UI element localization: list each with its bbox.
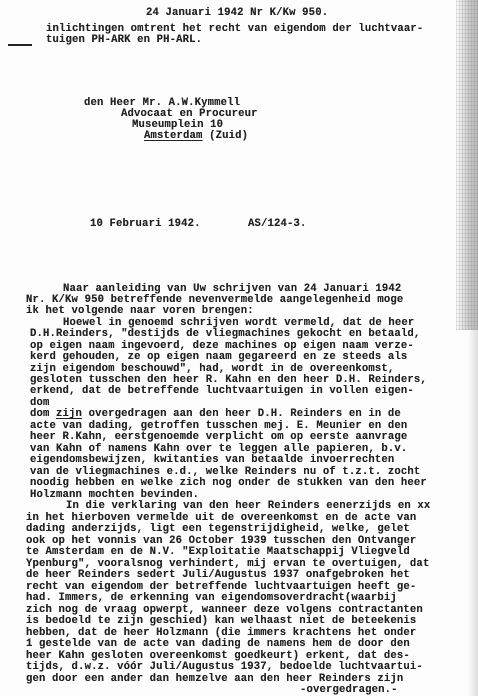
body-line: noodig hebben en welke zich nog onder de… (30, 477, 427, 489)
body-line: D.H.Reinders, "destijds de vliegmachines… (30, 328, 420, 340)
body-line: is bedoeld te zijn geschied) kan welhaas… (26, 615, 416, 627)
document-page: 24 Januari 1942 Nr K/Kw 950. inlichtinge… (0, 0, 478, 696)
body-line: kerd gehouden, ze op eigen naam gegareer… (30, 351, 407, 363)
letter-date: 10 Februari 1942. (90, 218, 201, 230)
body-line: te Amsterdam en de N.V. "Exploitatie Maa… (26, 546, 410, 558)
reference-line: 24 Januari 1942 Nr K/Kw 950. (146, 7, 328, 19)
body-line: dading anderzijds, ligt een tegenstrijdi… (26, 523, 410, 535)
body-line: de heer Reinders sedert Juli/Augustus 19… (26, 569, 410, 581)
body-closing-line: -overgedragen.- (300, 684, 398, 696)
body-line: In die verklaring van den heer Reinders … (66, 500, 430, 512)
underlined-word: zijn (56, 408, 82, 420)
body-line: eigendomsbewijzen, kwitanties van betaal… (30, 454, 394, 466)
body-line: tijds, d.w.z. vóór Juli/Augustus 1937, b… (26, 661, 423, 673)
margin-dash-mark (8, 44, 32, 46)
scanner-edge-shadow (468, 330, 478, 696)
body-line-suffix: overgedragen aan den heer D.H. Reinders … (82, 408, 401, 420)
body-line-prefix: dom (30, 408, 56, 420)
letter-reference: AS/124-3. (248, 218, 307, 230)
body-line: ik het volgende naar voren brengen: (26, 305, 254, 317)
addressee-city: Amsterdam (144, 130, 203, 142)
body-line-with-underline: dom zijn overgedragen aan den heer D.H. … (30, 408, 401, 420)
body-line: 1 gestelde van de acte van dading de nam… (26, 638, 410, 650)
scanner-edge-artifact (456, 0, 478, 330)
body-line: had. Immers, de erkenning van eigendomso… (26, 592, 397, 604)
subject-line-2: tuigen PH-ARK en PH-ARL. (46, 34, 202, 46)
addressee-city-line: Amsterdam (Zuid) (144, 130, 248, 142)
body-line: erkend, dat de betreffende luchtvaartuig… (30, 385, 414, 397)
addressee-district: (Zuid) (209, 130, 248, 142)
body-line: heer R.Kahn, eerstgenoemde verplicht om … (30, 431, 407, 443)
